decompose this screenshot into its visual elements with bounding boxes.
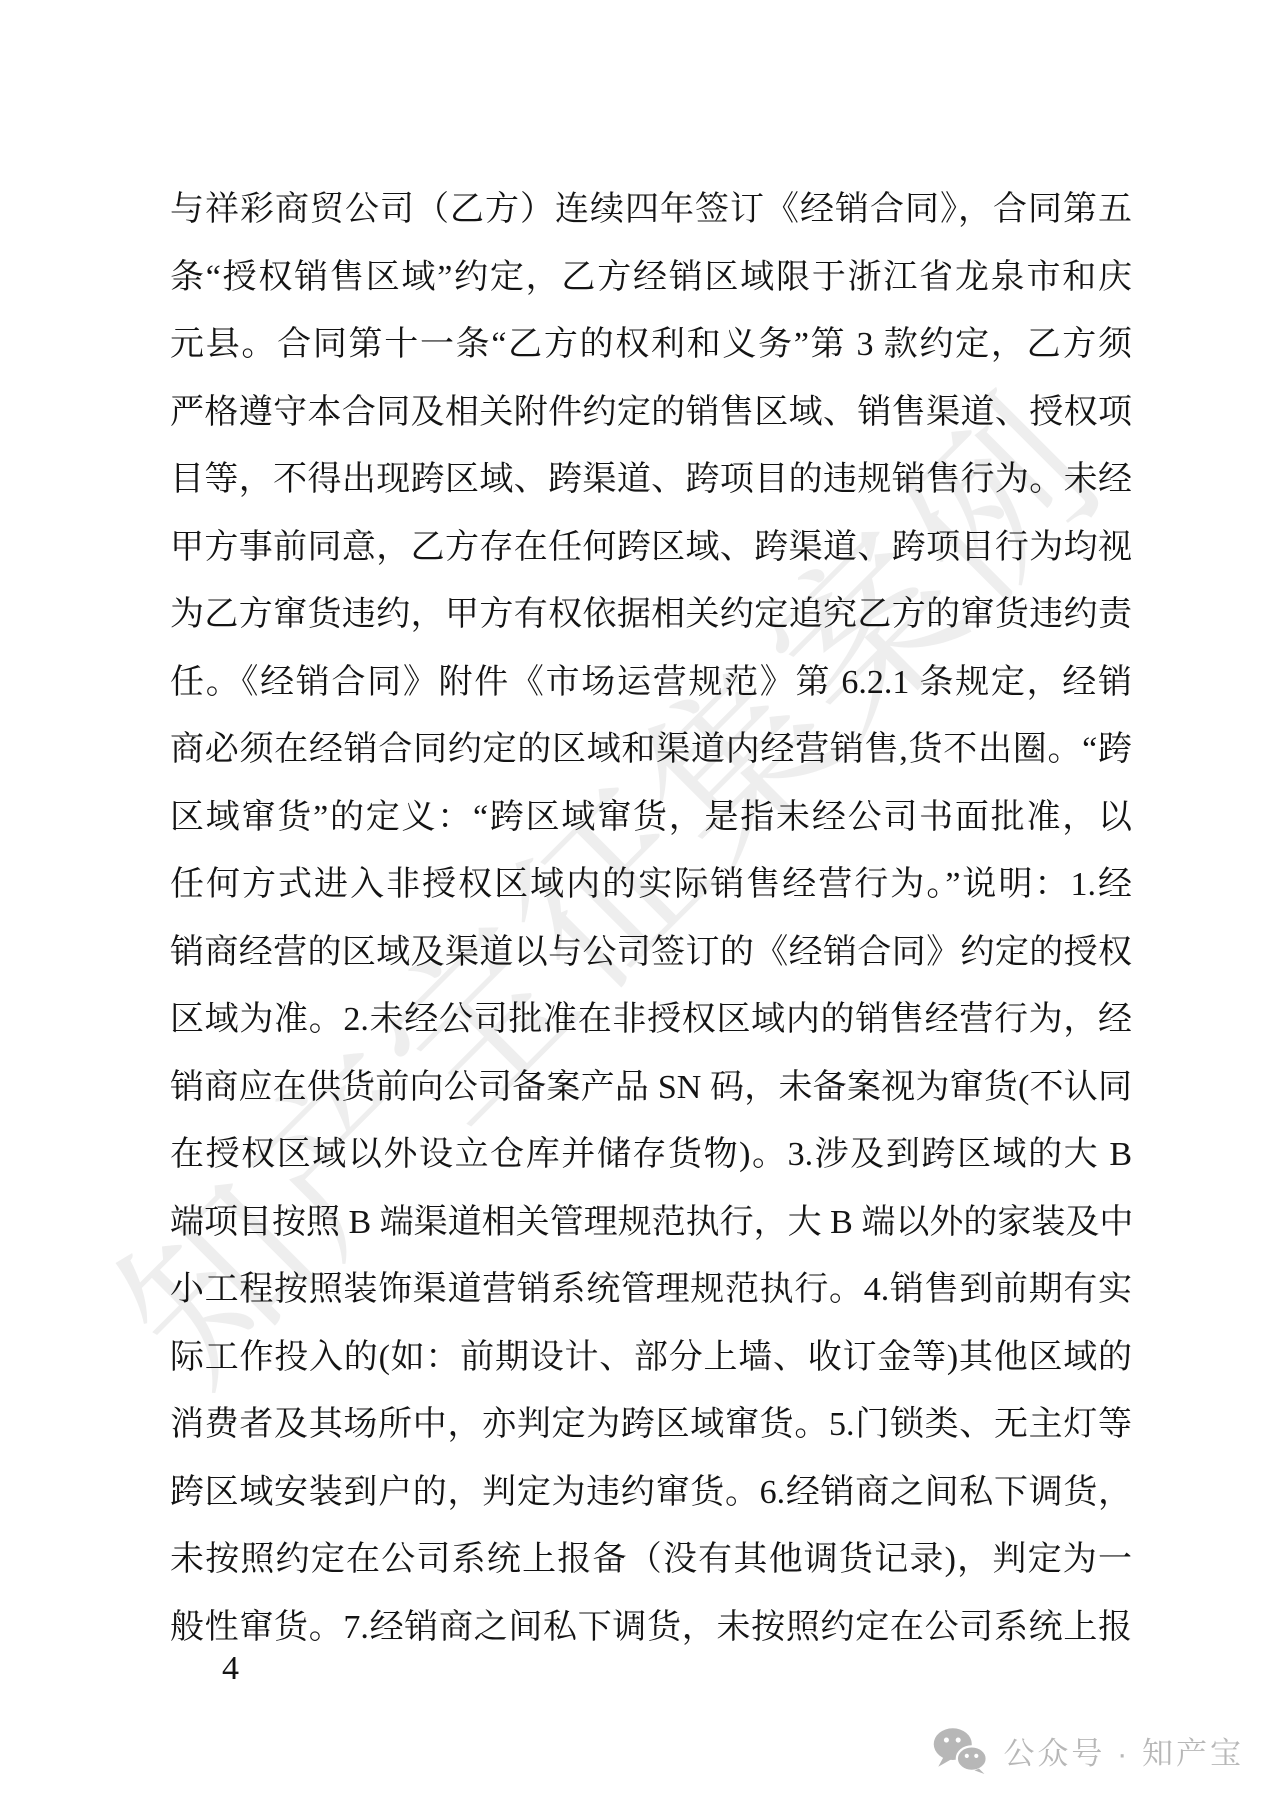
text-line: 任。《经销合同》附件《市场运营规范》第 6.2.1 条规定，经销 [170,649,1132,717]
text-line: 商必须在经销合同约定的区域和渠道内经营销售,货不出圈。“跨 [170,716,1132,784]
text-line: 销商应在供货前向公司备案产品 SN 码，未备案视为窜货(不认同 [170,1054,1132,1122]
body-text: 与祥彩商贸公司（乙方）连续四年签订《经销合同》，合同第五条“授权销售区域”约定，… [170,176,1132,1661]
text-line: 销商经营的区域及渠道以与公司签订的《经销合同》约定的授权 [170,919,1132,987]
text-line: 小工程按照装饰渠道营销系统管理规范执行。4.销售到前期有实 [170,1256,1132,1324]
footer-label: 公众号 · 知产宝 [1003,1728,1244,1773]
wechat-icon [931,1726,989,1774]
text-line: 任何方式进入非授权区域内的实际销售经营行为。”说明：1.经 [170,851,1132,919]
document-page: 知产宝征集案例 与祥彩商贸公司（乙方）连续四年签订《经销合同》，合同第五条“授权… [0,0,1280,1810]
text-line: 端项目按照 B 端渠道相关管理规范执行，大 B 端以外的家装及中 [170,1189,1132,1257]
text-line: 跨区域安装到户的，判定为违约窜货。6.经销商之间私下调货， [170,1459,1132,1527]
text-line: 际工作投入的(如：前期设计、部分上墙、收订金等)其他区域的 [170,1324,1132,1392]
footer-branding: 公众号 · 知产宝 [931,1726,1244,1774]
text-line: 区域为准。2.未经公司批准在非授权区域内的销售经营行为，经 [170,986,1132,1054]
text-line: 般性窜货。7.经销商之间私下调货，未按照约定在公司系统上报 [170,1594,1132,1662]
text-line: 与祥彩商贸公司（乙方）连续四年签订《经销合同》，合同第五 [170,176,1132,244]
text-line: 未按照约定在公司系统上报备（没有其他调货记录)，判定为一 [170,1526,1132,1594]
text-line: 为乙方窜货违约，甲方有权依据相关约定追究乙方的窜货违约责 [170,581,1132,649]
text-line: 消费者及其场所中，亦判定为跨区域窜货。5.门锁类、无主灯等 [170,1391,1132,1459]
text-line: 在授权区域以外设立仓库并储存货物)。3.涉及到跨区域的大 B [170,1121,1132,1189]
text-line: 目等，不得出现跨区域、跨渠道、跨项目的违规销售行为。未经 [170,446,1132,514]
text-line: 元县。合同第十一条“乙方的权利和义务”第 3 款约定，乙方须 [170,311,1132,379]
text-line: 严格遵守本合同及相关附件约定的销售区域、销售渠道、授权项 [170,379,1132,447]
page-number: 4 [222,1650,239,1688]
text-line: 甲方事前同意，乙方存在任何跨区域、跨渠道、跨项目行为均视 [170,514,1132,582]
text-line: 条“授权销售区域”约定，乙方经销区域限于浙江省龙泉市和庆 [170,244,1132,312]
text-line: 区域窜货”的定义：“跨区域窜货，是指未经公司书面批准，以 [170,784,1132,852]
